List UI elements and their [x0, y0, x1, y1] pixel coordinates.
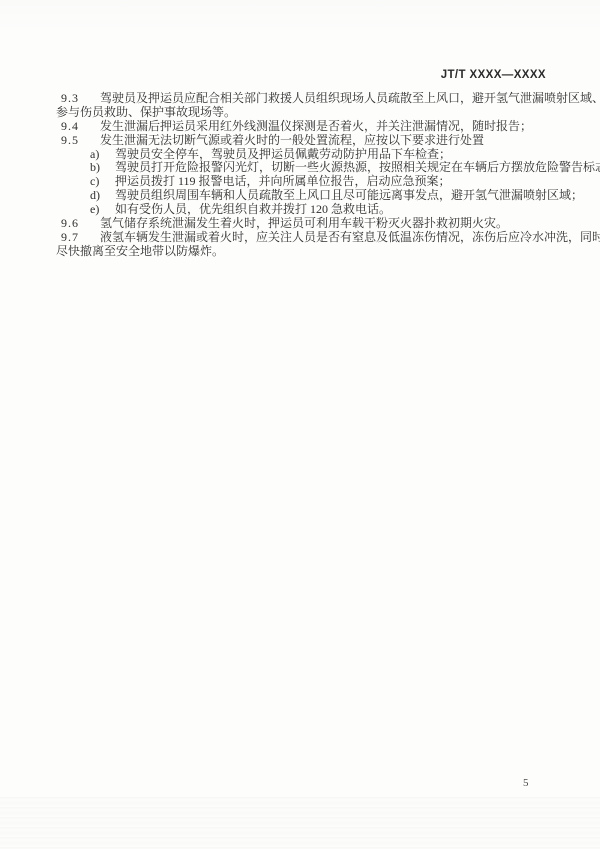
- line-text: 如有受伤人员，优先组织自救并拨打 120 急救电话。: [115, 202, 391, 216]
- line-number: d): [90, 189, 112, 203]
- line-number: 9.6: [61, 217, 97, 231]
- doc-line: 9.7 液氢车辆发生泄漏或着火时，应关注人员是否有窒息及低温冻伤情况，冻伤后应冷…: [56, 231, 548, 245]
- line-number: e): [90, 203, 112, 217]
- line-text: 氢气储存系统泄漏发生着火时，押运员可利用车载干粉灭火器扑救初期火灾。: [100, 216, 508, 230]
- line-text: 液氢车辆发生泄漏或着火时，应关注人员是否有窒息及低温冻伤情况，冻伤后应冷水冲洗，…: [100, 230, 600, 244]
- scan-artifact-top: [0, 0, 600, 30]
- line-number: b): [90, 161, 112, 175]
- document-body: 9.3 驾驶员及押运员应配合相关部门救援人员组织现场人员疏散至上风口，避开氢气泄…: [56, 92, 548, 259]
- doc-line: 9.4 发生泄漏后押运员采用红外线测温仪探测是否着火，并关注泄漏情况，随时报告；: [56, 120, 548, 134]
- document-page: JT/T XXXX—XXXX 9.3 驾驶员及押运员应配合相关部门救援人员组织现…: [0, 0, 600, 849]
- line-number: a): [90, 148, 112, 162]
- doc-line: 9.6 氢气储存系统泄漏发生着火时，押运员可利用车载干粉灭火器扑救初期火灾。: [56, 217, 548, 231]
- standard-number-header: JT/T XXXX—XXXX: [441, 69, 546, 81]
- line-number: c): [90, 175, 112, 189]
- line-number: 9.3: [61, 92, 97, 106]
- line-text: 发生泄漏后押运员采用红外线测温仪探测是否着火，并关注泄漏情况，随时报告；: [100, 119, 532, 133]
- line-text: 参与伤员救助、保护事故现场等。: [56, 105, 236, 119]
- line-text: 驾驶员组织周围车辆和人员疏散至上风口且尽可能远离事发点，避开氢气泄漏喷射区域；: [115, 188, 583, 202]
- doc-line: 尽快撤离至安全地带以防爆炸。: [56, 245, 548, 259]
- doc-line: 9.5 发生泄漏无法切断气源或着火时的一般处置流程，应按以下要求进行处置: [56, 134, 548, 148]
- line-text: 尽快撤离至安全地带以防爆炸。: [56, 244, 224, 258]
- doc-line: 参与伤员救助、保护事故现场等。: [56, 106, 548, 120]
- doc-line: e) 如有受伤人员，优先组织自救并拨打 120 急救电话。: [56, 203, 548, 217]
- line-text: 驾驶员打开危险报警闪光灯，切断一些火源热源，按照相关规定在车辆后方摆放危险警告标…: [115, 160, 600, 174]
- line-number: 9.7: [61, 231, 97, 245]
- line-text: 驾驶员及押运员应配合相关部门救援人员组织现场人员疏散至上风口，避开氢气泄漏喷射区…: [100, 91, 600, 105]
- line-number: 9.5: [61, 134, 97, 148]
- line-text: 发生泄漏无法切断气源或着火时的一般处置流程，应按以下要求进行处置: [100, 133, 484, 147]
- line-text: 驾驶员安全停车，驾驶员及押运员佩戴劳动防护用品下车检查；: [115, 147, 451, 161]
- scan-artifact-bottom: [0, 797, 600, 849]
- page-number: 5: [523, 777, 529, 789]
- doc-line: 9.3 驾驶员及押运员应配合相关部门救援人员组织现场人员疏散至上风口，避开氢气泄…: [56, 92, 548, 106]
- line-text: 押运员拨打 119 报警电话，并向所属单位报告，启动应急预案；: [115, 174, 451, 188]
- line-number: 9.4: [61, 120, 97, 134]
